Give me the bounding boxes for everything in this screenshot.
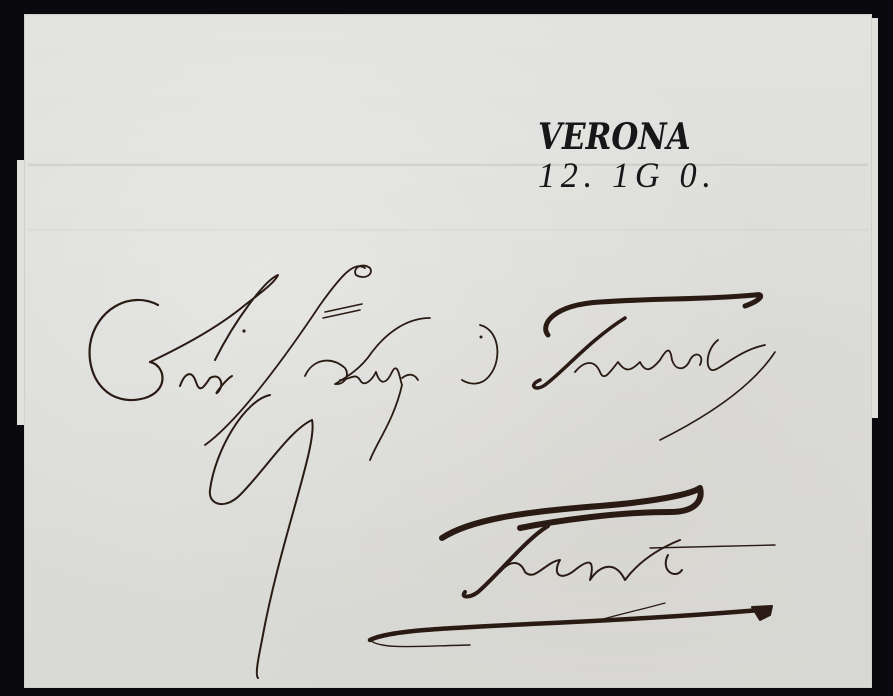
handwritten-address: [0, 0, 893, 696]
